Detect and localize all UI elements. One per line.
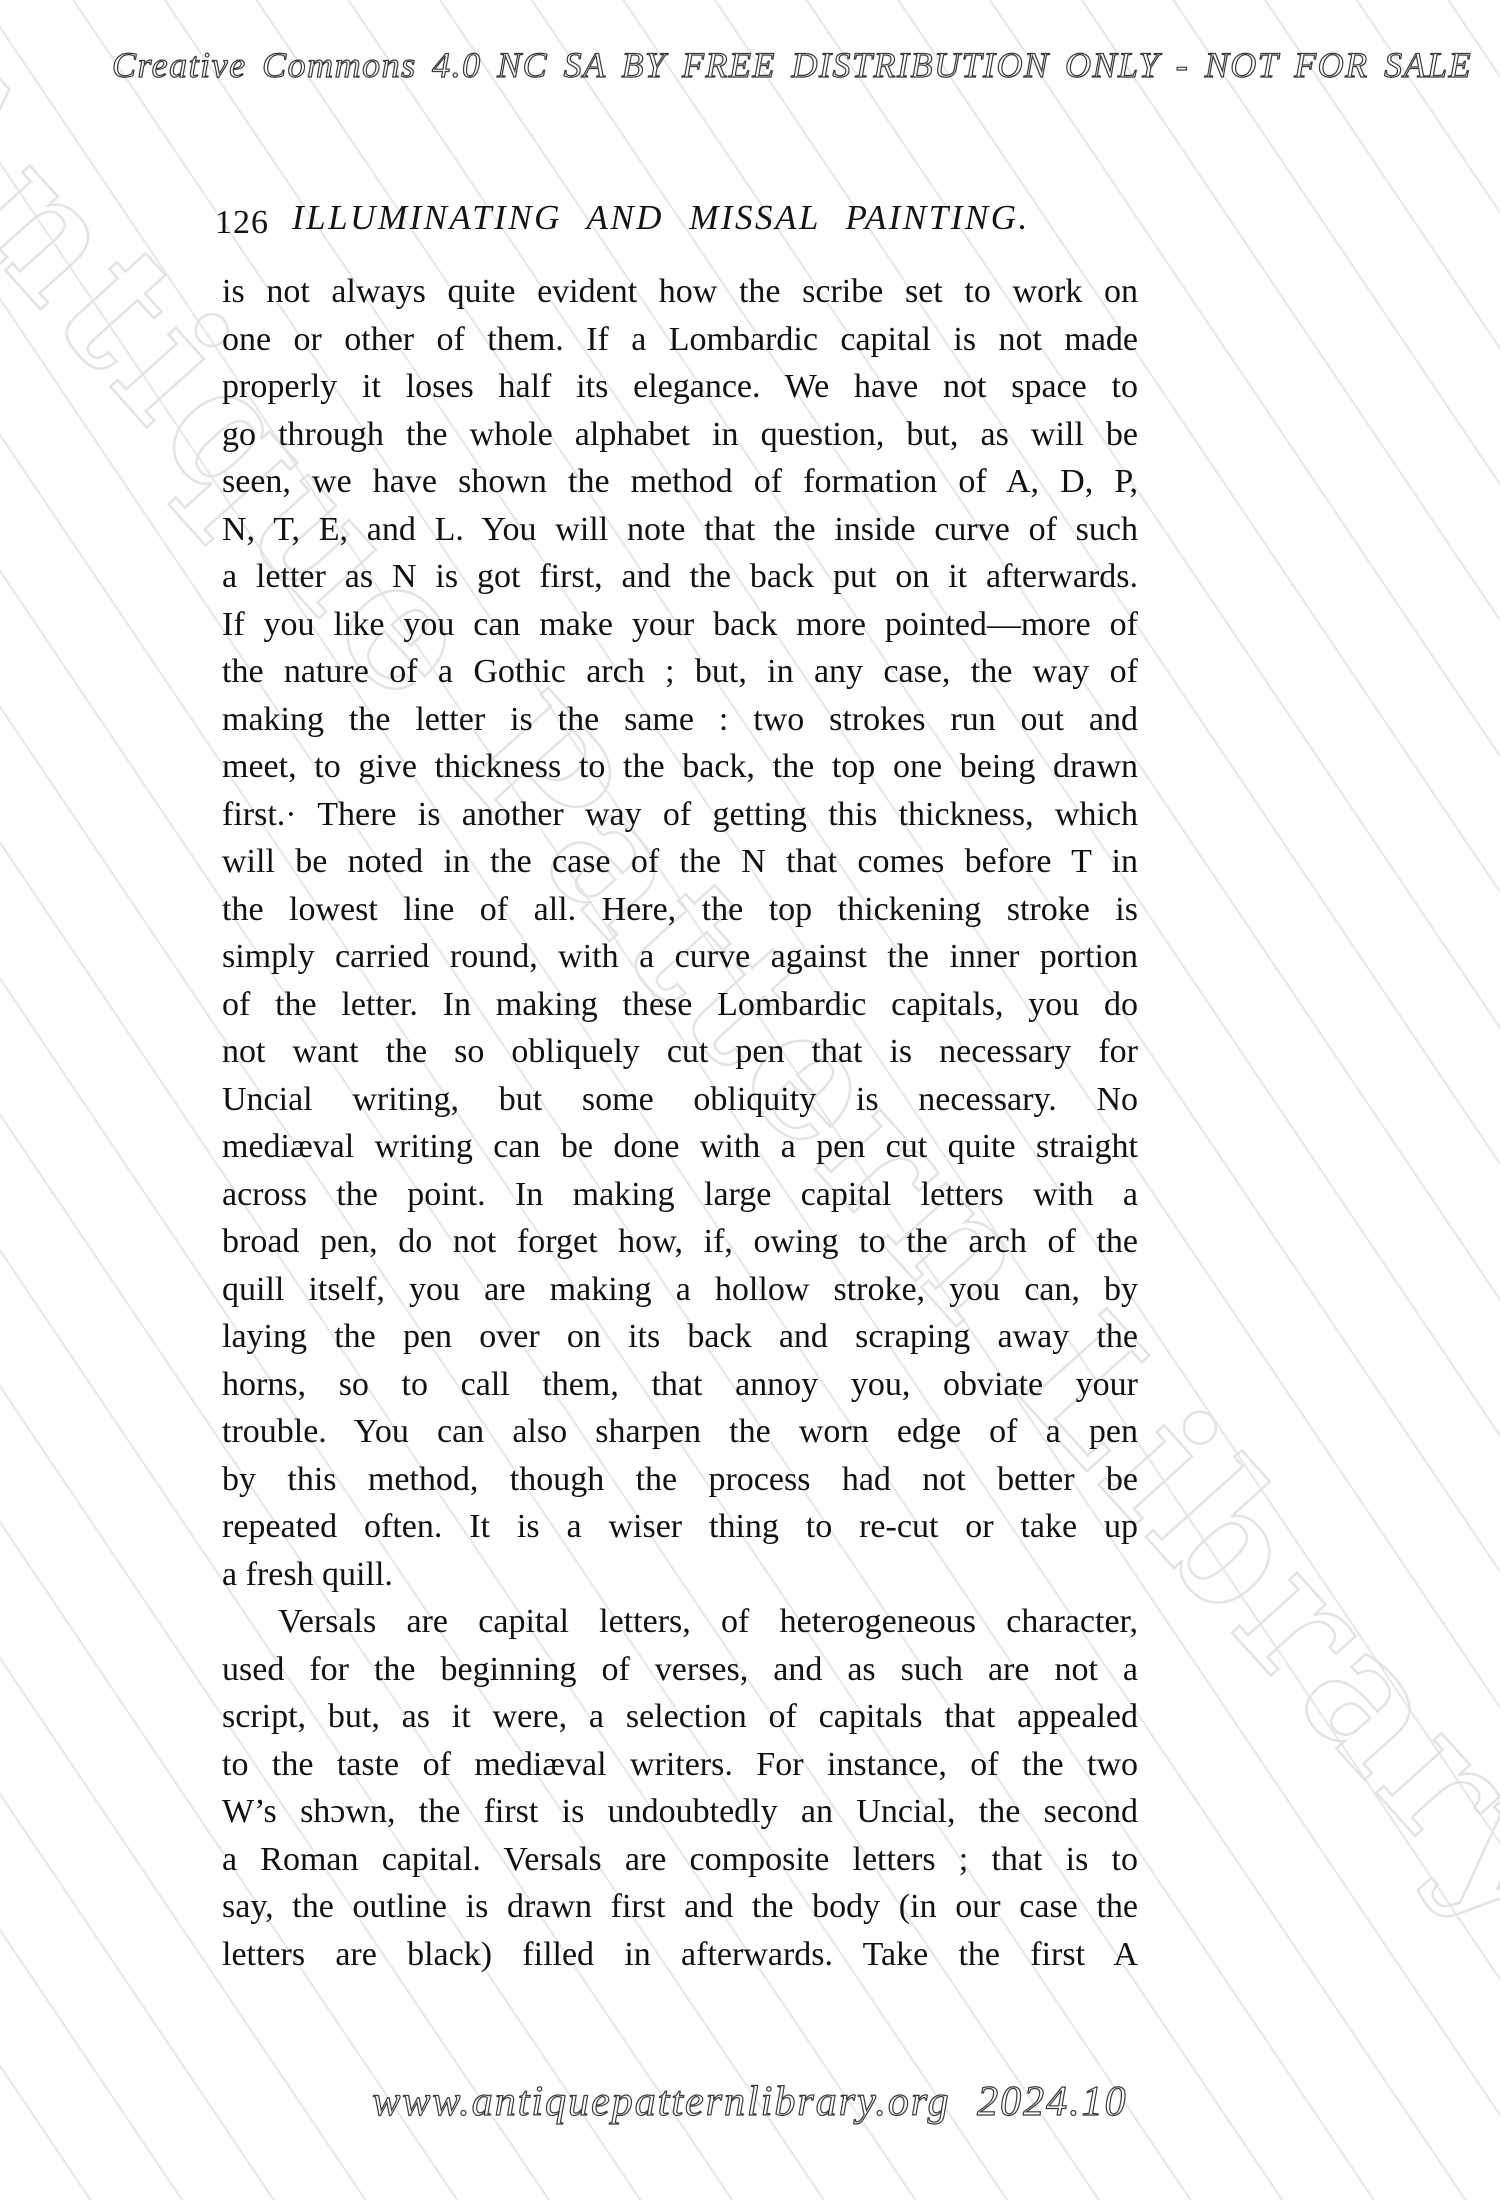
text-line: go through the whole alphabet in questio… xyxy=(222,411,1138,459)
body-text: is not always quite evident how the scri… xyxy=(222,268,1138,1978)
text-line: the nature of a Gothic arch ; but, in an… xyxy=(222,648,1138,696)
text-line: the lowest line of all. Here, the top th… xyxy=(222,886,1138,934)
text-line: by this method, though the process had n… xyxy=(222,1456,1138,1504)
text-line: one or other of them. If a Lombardic cap… xyxy=(222,316,1138,364)
text-line: will be noted in the case of the N that … xyxy=(222,838,1138,886)
page-number: 126 xyxy=(215,204,269,242)
text-line: not want the so obliquely cut pen that i… xyxy=(222,1028,1138,1076)
text-line: W’s shɔwn, the first is undoubtedly an U… xyxy=(222,1788,1138,1836)
text-line: used for the beginning of verses, and as… xyxy=(222,1646,1138,1694)
text-line: say, the outline is drawn first and the … xyxy=(222,1883,1138,1931)
text-line: across the point. In making large capita… xyxy=(222,1171,1138,1219)
text-line: laying the pen over on its back and scra… xyxy=(222,1313,1138,1361)
license-banner: Creative Commons 4.0 NC SA BY FREE DISTR… xyxy=(112,44,1472,86)
text-line: Versals are capital letters, of heteroge… xyxy=(222,1598,1138,1646)
text-line: quill itself, you are making a hollow st… xyxy=(222,1266,1138,1314)
text-line: to the taste of mediæval writers. For in… xyxy=(222,1741,1138,1789)
text-line: properly it loses half its elegance. We … xyxy=(222,363,1138,411)
text-line: a fresh quill. xyxy=(222,1551,1138,1599)
page-header: 126 ILLUMINATING AND MISSAL PAINTING. xyxy=(0,198,1500,248)
text-line: Uncial writing, but some obliquity is ne… xyxy=(222,1076,1138,1124)
text-line: repeated often. It is a wiser thing to r… xyxy=(222,1503,1138,1551)
text-line: first.· There is another way of getting … xyxy=(222,791,1138,839)
text-line: a Roman capital. Versals are composite l… xyxy=(222,1836,1138,1884)
running-title: ILLUMINATING AND MISSAL PAINTING. xyxy=(292,198,1030,238)
text-line: trouble. You can also sharpen the worn e… xyxy=(222,1408,1138,1456)
text-line: script, but, as it were, a selection of … xyxy=(222,1693,1138,1741)
scanned-book-page: Antique Pattern Library Creative Commons… xyxy=(0,0,1500,2200)
text-line: seen, we have shown the method of format… xyxy=(222,458,1138,506)
text-line: broad pen, do not forget how, if, owing … xyxy=(222,1218,1138,1266)
text-line: mediæval writing can be done with a pen … xyxy=(222,1123,1138,1171)
text-line: If you like you can make your back more … xyxy=(222,601,1138,649)
text-line: is not always quite evident how the scri… xyxy=(222,268,1138,316)
text-line: making the letter is the same : two stro… xyxy=(222,696,1138,744)
text-line: horns, so to call them, that annoy you, … xyxy=(222,1361,1138,1409)
text-line: meet, to give thickness to the back, the… xyxy=(222,743,1138,791)
text-line: N, T, E, and L. You will note that the i… xyxy=(222,506,1138,554)
text-line: simply carried round, with a curve again… xyxy=(222,933,1138,981)
text-line: letters are black) filled in afterwards.… xyxy=(222,1931,1138,1979)
text-line: of the letter. In making these Lombardic… xyxy=(222,981,1138,1029)
text-line: a letter as N is got first, and the back… xyxy=(222,553,1138,601)
footer-url: www.antiquepatternlibrary.org 2024.10 xyxy=(0,2078,1500,2126)
